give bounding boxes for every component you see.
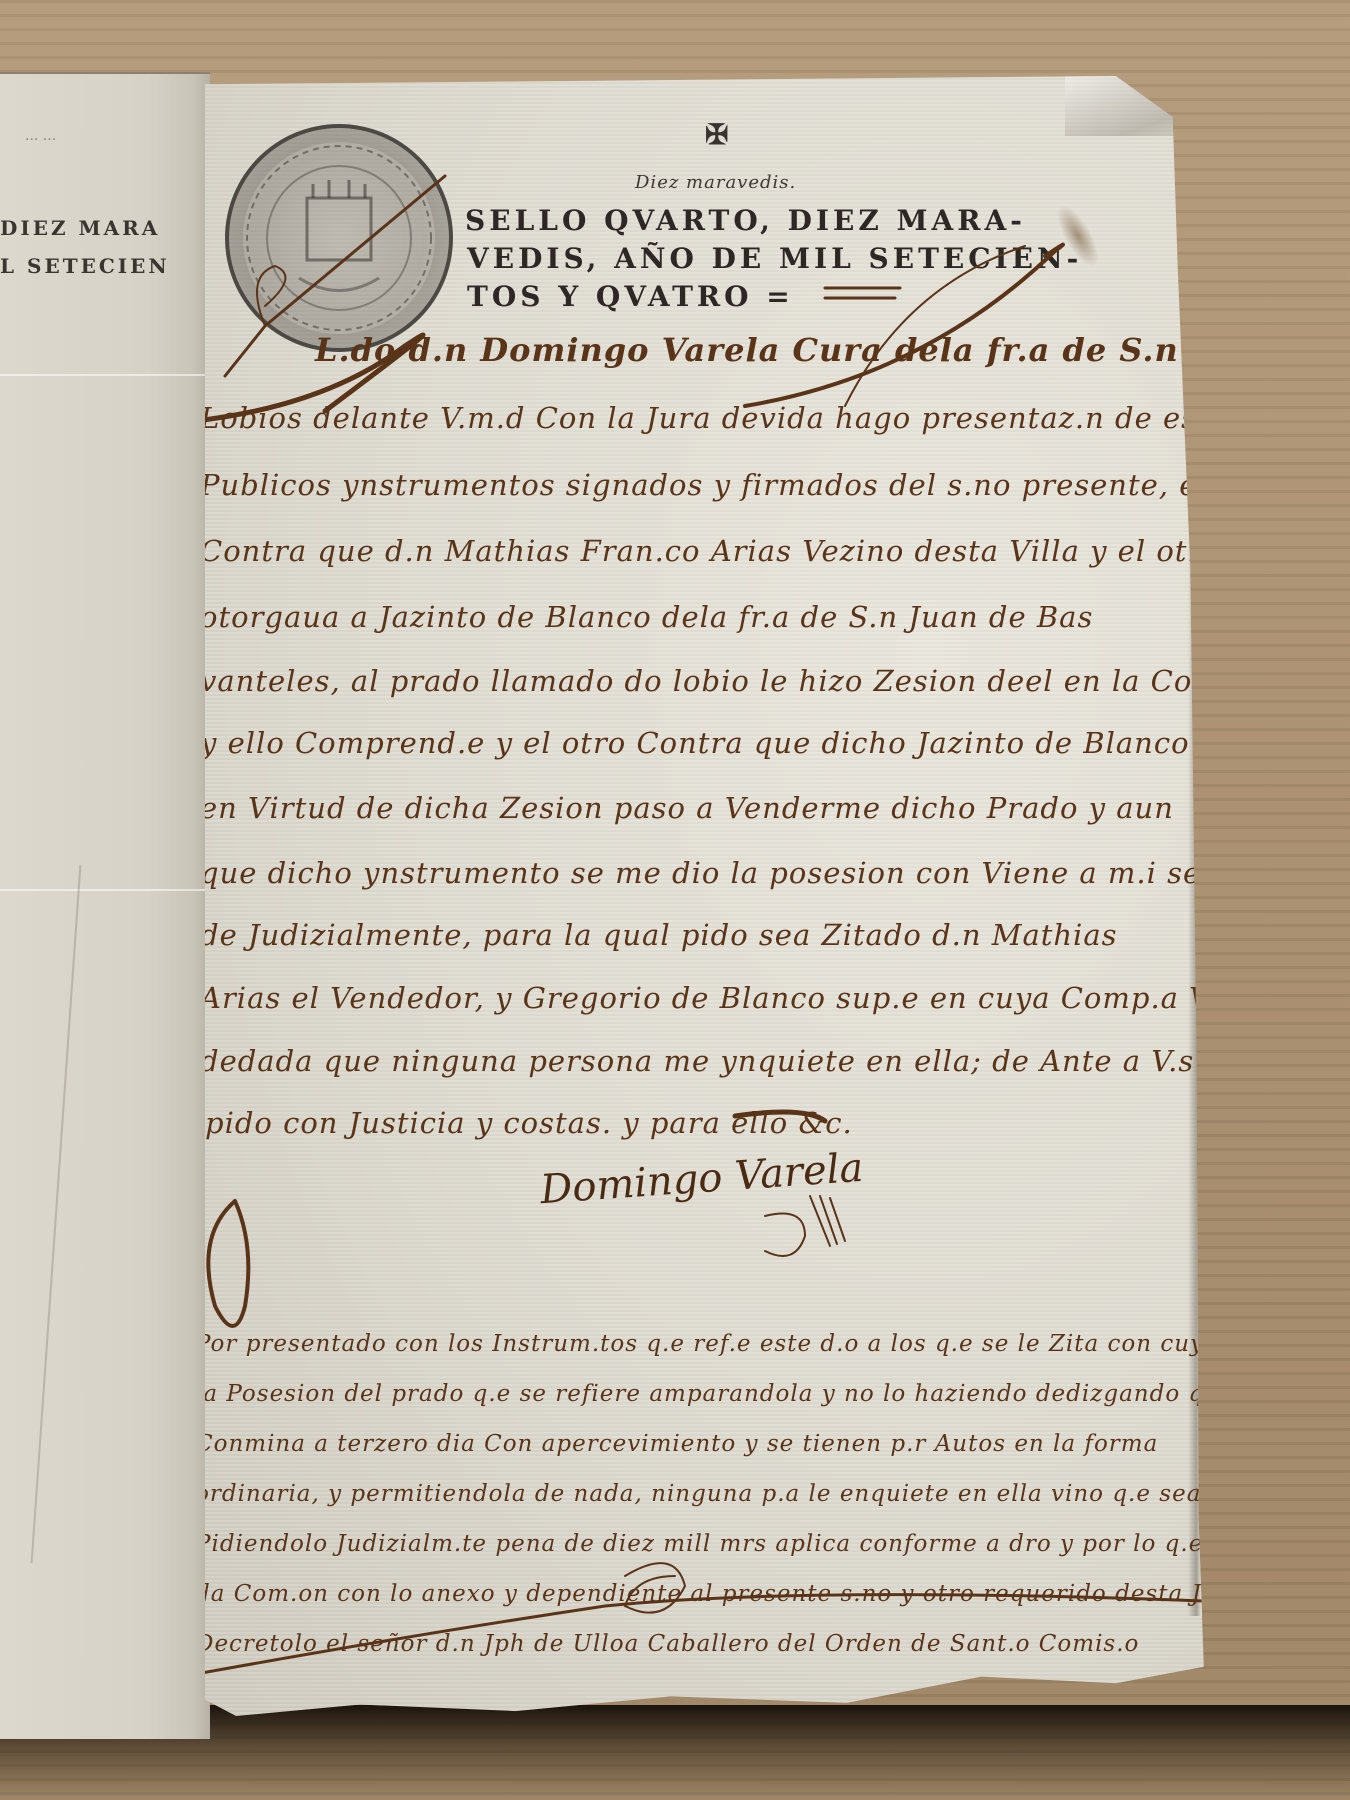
- handwritten-line: en Virtud de dicha Zesion paso a Venderm…: [200, 791, 1200, 825]
- stamp-denomination: Diez maravedis.: [635, 172, 796, 193]
- handwritten-line: de Judizialmente, para la qual pido sea …: [200, 918, 1200, 952]
- handwritten-line: Arias el Vendedor, y Gregorio de Blanco …: [200, 981, 1200, 1015]
- fold-line: [0, 889, 210, 891]
- manuscript-page: ✠ Diez maravedis. SELLO QVARTO, DIEZ MAR…: [205, 76, 1240, 1716]
- handwritten-line: dedada que ninguna persona me ynquiete e…: [200, 1044, 1200, 1078]
- crease-line: [31, 865, 82, 1563]
- left-leaf-ghost-text: ··· ···: [25, 132, 56, 148]
- decree-line: Decretolo el señor d.n Jph de Ulloa Caba…: [195, 1631, 1195, 1657]
- page-corner-fold: [1065, 76, 1265, 136]
- stamp-header-line: VEDIS, AÑO DE MIL SETECIEN-: [467, 242, 1082, 275]
- decree-line: la Posesion del prado q.e se refiere amp…: [195, 1381, 1195, 1407]
- cross-ornament-icon: ✠: [705, 118, 728, 151]
- stamp-header-line: TOS Y QVATRO =: [467, 280, 794, 313]
- handwritten-line: vanteles, al prado llamado do lobio le h…: [200, 664, 1200, 698]
- seal-stamp-icon: [225, 124, 453, 352]
- left-leaf-print-line: L SETECIEN: [0, 254, 210, 278]
- handwritten-line: que dicho ynstrumento se me dio la poses…: [200, 856, 1200, 890]
- handwritten-line: Contra que d.n Mathias Fran.co Arias Vez…: [200, 534, 1200, 568]
- seal-ring-icon: [229, 128, 449, 348]
- handwritten-line: pido con Justicia y costas. y para ello …: [205, 1106, 1205, 1140]
- fold-line: [0, 374, 210, 376]
- handwritten-line: y ello Comprend.e y el otro Contra que d…: [200, 726, 1200, 760]
- handwritten-line: Lobios delante V.m.d Con la Jura devida …: [200, 401, 1200, 435]
- left-leaf-print-line: DIEZ MARA: [0, 216, 210, 240]
- handwritten-line: otorgaua a Jazinto de Blanco dela fr.a d…: [200, 600, 1200, 634]
- left-leaf-page: DIEZ MARA L SETECIEN ··· ···: [0, 72, 210, 1739]
- decree-line: da Com.on con lo anexo y dependiente al …: [195, 1581, 1195, 1607]
- decree-line: Conmina a terzero dia Con apercevimiento…: [195, 1431, 1195, 1457]
- handwritten-line: L.do d.n Domingo Varela Cura dela fr.a d…: [315, 331, 1315, 369]
- handwritten-line: Publicos ynstrumentos signados y firmado…: [200, 468, 1200, 502]
- signature: Domingo Varela: [539, 1145, 865, 1213]
- decree-line: Por presentado con los Instrum.tos q.e r…: [195, 1331, 1195, 1357]
- decree-line: Pidiendolo Judizialm.te pena de diez mil…: [195, 1531, 1195, 1557]
- decree-line: ordinaria, y permitiendola de nada, ning…: [195, 1481, 1195, 1507]
- stamp-header-line: SELLO QVARTO, DIEZ MARA-: [465, 204, 1026, 237]
